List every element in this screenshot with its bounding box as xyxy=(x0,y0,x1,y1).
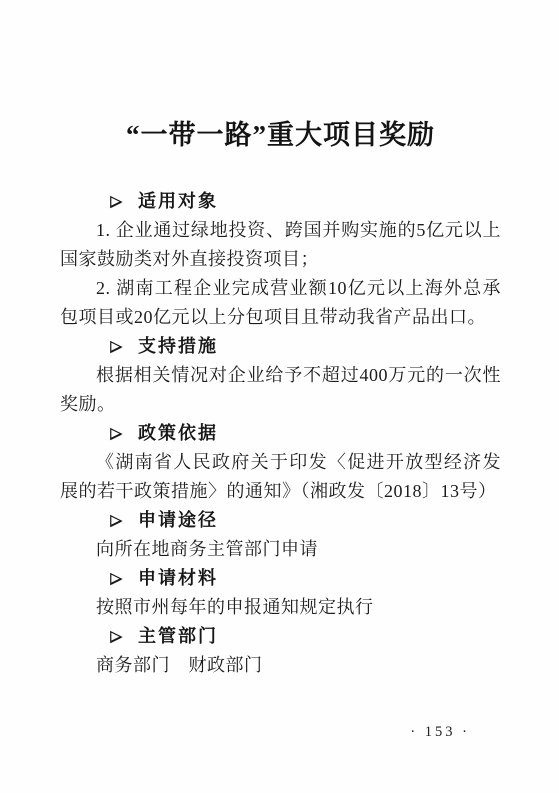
section-heading-applicable-targets: 适用对象 xyxy=(60,187,501,216)
document-body: 适用对象 1. 企业通过绿地投资、跨国并购实施的5亿元以上国家鼓励类对外直接投资… xyxy=(60,187,501,680)
paragraph: 商务部门 财政部门 xyxy=(60,651,501,680)
arrowhead-right-icon xyxy=(109,630,123,644)
paragraph: 向所在地商务主管部门申请 xyxy=(60,535,501,564)
paragraph: 2. 湖南工程企业完成营业额10亿元以上海外总承包项目或20亿元以上分包项目且带… xyxy=(60,274,501,332)
section-heading-policy-basis: 政策依据 xyxy=(60,419,501,448)
section-heading-label: 申请材料 xyxy=(138,564,218,593)
section-heading-label: 政策依据 xyxy=(138,419,218,448)
section-heading-label: 支持措施 xyxy=(138,332,218,361)
arrowhead-right-icon xyxy=(109,572,123,586)
arrowhead-right-icon xyxy=(109,514,123,528)
page-content: “一带一路”重大项目奖励 适用对象 1. 企业通过绿地投资、跨国并购实施的5亿元… xyxy=(60,0,501,680)
section-heading-label: 申请途径 xyxy=(138,506,218,535)
document-page: “一带一路”重大项目奖励 适用对象 1. 企业通过绿地投资、跨国并购实施的5亿元… xyxy=(0,0,559,793)
section-heading-support-measures: 支持措施 xyxy=(60,332,501,361)
section-heading-label: 主管部门 xyxy=(138,622,218,651)
section-heading-label: 适用对象 xyxy=(138,187,218,216)
paragraph: 根据相关情况对企业给予不超过400万元的一次性奖励。 xyxy=(60,361,501,419)
arrowhead-right-icon xyxy=(109,427,123,441)
paragraph: 按照市州每年的申报通知规定执行 xyxy=(60,593,501,622)
page-title: “一带一路”重大项目奖励 xyxy=(60,115,501,155)
arrowhead-right-icon xyxy=(109,195,123,209)
section-heading-application-materials: 申请材料 xyxy=(60,564,501,593)
section-heading-competent-departments: 主管部门 xyxy=(60,622,501,651)
section-heading-application-channel: 申请途径 xyxy=(60,506,501,535)
paragraph: 《湖南省人民政府关于印发〈促进开放型经济发展的若干政策措施〉的通知》（湘政发〔2… xyxy=(60,448,501,506)
paragraph: 1. 企业通过绿地投资、跨国并购实施的5亿元以上国家鼓励类对外直接投资项目； xyxy=(60,216,501,274)
arrowhead-right-icon xyxy=(109,340,123,354)
page-number: · 153 · xyxy=(410,724,470,741)
